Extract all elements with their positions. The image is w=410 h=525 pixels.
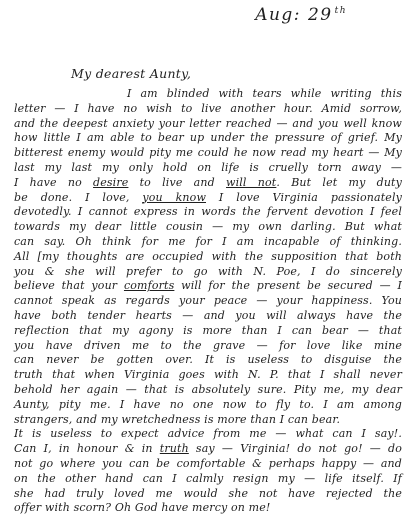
line-text: not go where you can be comfortable & pe… <box>14 457 402 470</box>
line-text: she had truly loved me would she not hav… <box>14 487 402 500</box>
underlined-phrase: desire <box>93 176 128 189</box>
line-text: behold her again — that is absolutely su… <box>14 383 402 396</box>
line-text: be done. I love, <box>14 191 142 204</box>
letter-line: behold her again — that is absolutely su… <box>14 383 402 398</box>
underlined-phrase: you know <box>142 191 206 204</box>
line-text: strangers, and my wretchedness is more t… <box>14 413 340 426</box>
letter-line: It is useless to expect advice from me —… <box>14 427 402 442</box>
line-text: can never be gotten over. It is useless … <box>14 353 402 366</box>
line-text: you & she will prefer to go with N. Poe,… <box>14 265 402 278</box>
letter-line: and the deepest anxiety your letter reac… <box>14 117 402 132</box>
letter-line: how little I am able to bear up under th… <box>14 131 402 146</box>
letter-date: Aug: 29th <box>255 5 347 25</box>
line-text: on the other hand can I calmly resign my… <box>14 472 402 485</box>
letter-line: be done. I love, you know I love Virgini… <box>14 191 402 206</box>
letter-body: I am blinded with tears while writing th… <box>14 87 402 516</box>
letter-line: offer with scorn? Oh God have mercy on m… <box>14 501 402 516</box>
line-text: last my last my only hold on life is cru… <box>14 161 402 174</box>
letter-line: believe that your comforts will for the … <box>14 279 402 294</box>
date-superscript: th <box>335 6 347 16</box>
letter-line: not go where you can be comfortable & pe… <box>14 457 402 472</box>
line-text: will for the present be secured — I <box>174 279 402 292</box>
letter-line: bitterest enemy would pity me could he n… <box>14 146 402 161</box>
letter-line: she had truly loved me would she not hav… <box>14 487 402 502</box>
letter-line: truth that when Virginia goes with N. P.… <box>14 368 402 383</box>
letter-line: can say. Oh think for me for I am incapa… <box>14 235 402 250</box>
underlined-phrase: will not <box>226 176 276 189</box>
line-text: . But let my duty <box>276 176 402 189</box>
letter-page: Aug: 29th My dearest Aunty, I am blinded… <box>0 0 410 525</box>
line-text: All [my thoughts are occupied with the s… <box>14 250 402 263</box>
line-text: I am blinded with tears while writing th… <box>127 87 402 100</box>
line-text: truth that when Virginia goes with N. P.… <box>14 368 402 381</box>
line-text: say — Virginia! do not go! — do <box>189 442 402 455</box>
letter-salutation: My dearest Aunty, <box>71 66 191 81</box>
underlined-phrase: comforts <box>124 279 174 292</box>
line-text: I love Virginia passionately <box>206 191 402 204</box>
line-text: can say. Oh think for me for I am incapa… <box>14 235 402 248</box>
line-text: Aunty, pity me. I have no one now to fly… <box>14 398 402 411</box>
line-text: towards my dear little cousin — my own d… <box>14 220 402 233</box>
line-text: believe that your <box>14 279 124 292</box>
line-text: Can I, in honour & in <box>14 442 160 455</box>
letter-line: Can I, in honour & in truth say — Virgin… <box>14 442 402 457</box>
letter-line: cannot speak as regards your peace — you… <box>14 294 402 309</box>
letter-line: towards my dear little cousin — my own d… <box>14 220 402 235</box>
letter-line: I have no desire to live and will not. B… <box>14 176 402 191</box>
line-text: It is useless to expect advice from me —… <box>14 427 402 440</box>
line-text: reflection that my agony is more than I … <box>14 324 402 337</box>
line-text: and the deepest anxiety your letter reac… <box>14 117 402 130</box>
letter-line: on the other hand can I calmly resign my… <box>14 472 402 487</box>
line-text: letter — I have no wish to live another … <box>14 102 402 115</box>
line-text: have both tender hearts — and you will a… <box>14 309 402 322</box>
letter-line: you have driven me to the grave — for lo… <box>14 339 402 354</box>
letter-line: strangers, and my wretchedness is more t… <box>14 413 402 428</box>
letter-line: last my last my only hold on life is cru… <box>14 161 402 176</box>
letter-line: letter — I have no wish to live another … <box>14 102 402 117</box>
letter-line: Aunty, pity me. I have no one now to fly… <box>14 398 402 413</box>
line-text: you have driven me to the grave — for lo… <box>14 339 402 352</box>
line-text: devotedly. I cannot express in words the… <box>14 205 402 218</box>
line-text: to live and <box>128 176 226 189</box>
letter-line: can never be gotten over. It is useless … <box>14 353 402 368</box>
line-text: bitterest enemy would pity me could he n… <box>14 146 402 159</box>
letter-line: All [my thoughts are occupied with the s… <box>14 250 402 265</box>
line-text: cannot speak as regards your peace — you… <box>14 294 402 307</box>
underlined-phrase: truth <box>160 442 189 455</box>
letter-line: you & she will prefer to go with N. Poe,… <box>14 265 402 280</box>
letter-line: devotedly. I cannot express in words the… <box>14 205 402 220</box>
letter-line: I am blinded with tears while writing th… <box>14 87 402 102</box>
date-text: Aug: 29 <box>255 5 332 25</box>
line-text: how little I am able to bear up under th… <box>14 131 402 144</box>
line-text: I have no <box>14 176 93 189</box>
letter-line: reflection that my agony is more than I … <box>14 324 402 339</box>
letter-line: have both tender hearts — and you will a… <box>14 309 402 324</box>
line-text: offer with scorn? Oh God have mercy on m… <box>14 501 270 514</box>
